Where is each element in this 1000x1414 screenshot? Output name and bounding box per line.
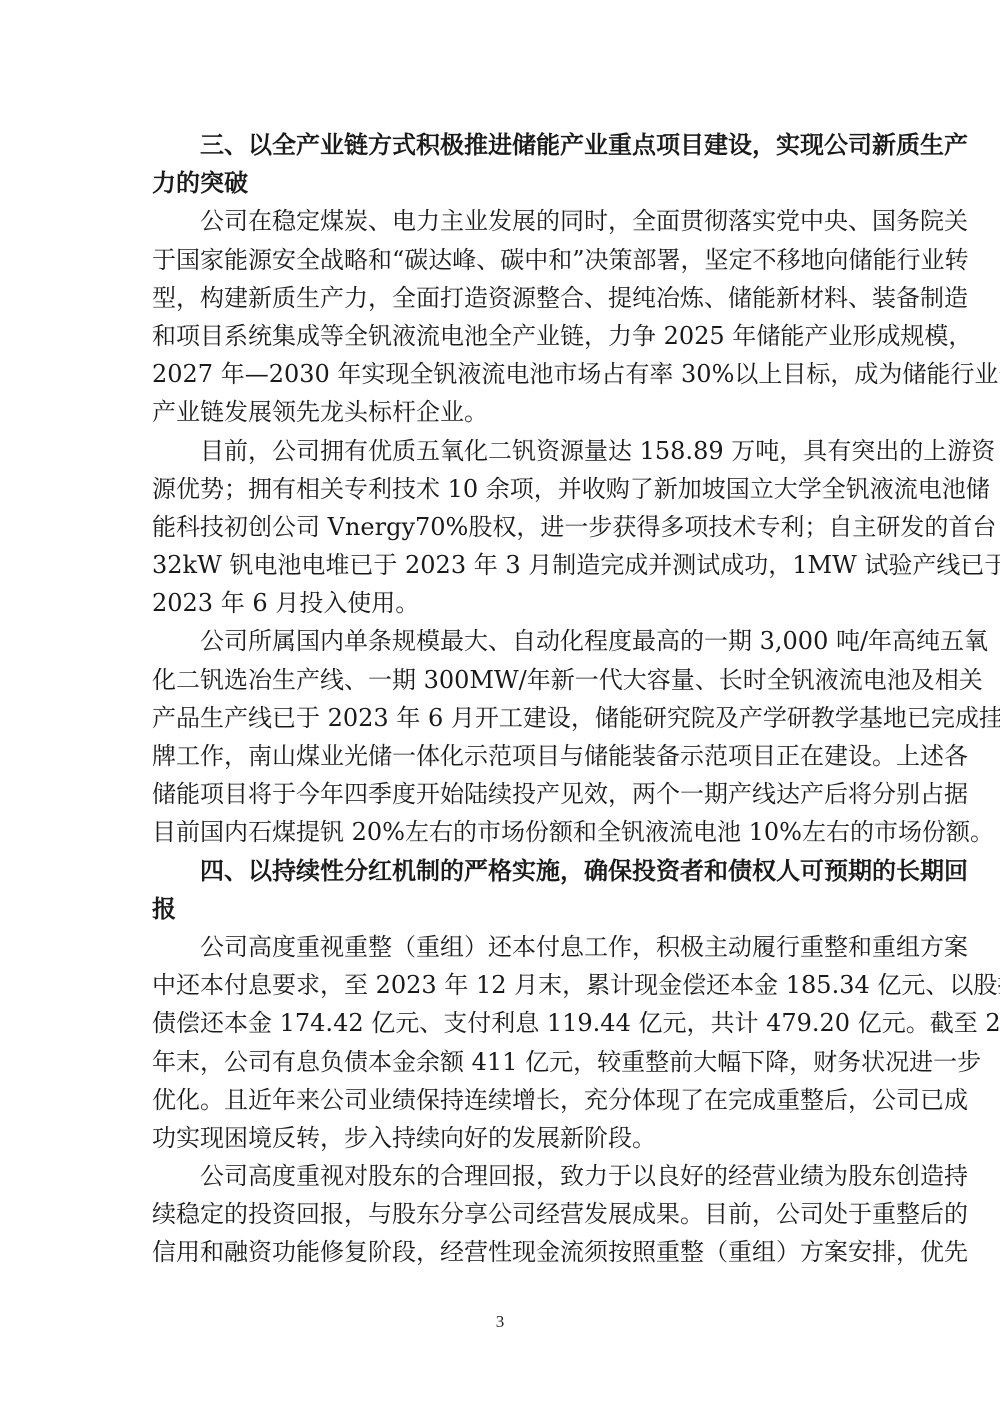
document-page: 三、以全产业链方式积极推进储能产业重点项目建设，实现公司新质生产 力的突破 公司… bbox=[152, 126, 850, 1272]
paragraph-production-lines: 公司所属国内单条规模最大、自动化程度最高的一期 3,000 吨/年高纯五氧 化二… bbox=[152, 622, 850, 851]
paragraph-line: 化二钒选冶生产线、一期 300MW/年新一代大容量、长时全钒液流电池及相关 bbox=[152, 661, 850, 699]
paragraph-resources: 目前，公司拥有优质五氧化二钒资源量达 158.89 万吨，具有突出的上游资 源优… bbox=[152, 432, 850, 623]
paragraph-line: 目前国内石煤提钒 20%左右的市场份额和全钒液流电池 10%左右的市场份额。 bbox=[152, 813, 850, 851]
heading-line: 报 bbox=[152, 890, 850, 928]
paragraph-line: 信用和融资功能修复阶段，经营性现金流须按照重整（重组）方案安排，优先 bbox=[152, 1233, 850, 1271]
paragraph-line: 功实现困境反转，步入持续向好的发展新阶段。 bbox=[152, 1119, 850, 1157]
page-number: 3 bbox=[0, 1312, 1000, 1332]
paragraph-line: 32kW 钒电池电堆已于 2023 年 3 月制造完成并测试成功，1MW 试验产… bbox=[152, 546, 850, 584]
paragraph-line: 2027 年—2030 年实现全钒液流电池市场占有率 30%以上目标，成为储能行… bbox=[152, 355, 850, 393]
heading-line: 三、以全产业链方式积极推进储能产业重点项目建设，实现公司新质生产 bbox=[152, 126, 850, 164]
paragraph-line: 储能项目将于今年四季度开始陆续投产见效，两个一期产线达产后将分别占据 bbox=[152, 775, 850, 813]
heading-line: 四、以持续性分红机制的严格实施，确保投资者和债权人可预期的长期回 bbox=[152, 852, 850, 890]
paragraph-line: 能科技初创公司 Vnergy70%股权，进一步获得多项技术专利；自主研发的首台 bbox=[152, 508, 850, 546]
paragraph-line: 公司所属国内单条规模最大、自动化程度最高的一期 3,000 吨/年高纯五氧 bbox=[152, 622, 850, 660]
paragraph-line: 年末，公司有息负债本金余额 411 亿元，较重整前大幅下降，财务状况进一步 bbox=[152, 1043, 850, 1081]
paragraph-line: 和项目系统集成等全钒液流电池全产业链，力争 2025 年储能产业形成规模， bbox=[152, 317, 850, 355]
paragraph-shareholder-returns: 公司高度重视对股东的合理回报，致力于以良好的经营业绩为股东创造持 续稳定的投资回… bbox=[152, 1157, 850, 1272]
paragraph-strategy: 公司在稳定煤炭、电力主业发展的同时，全面贯彻落实党中央、国务院关 于国家能源安全… bbox=[152, 202, 850, 431]
paragraph-line: 2023 年 6 月投入使用。 bbox=[152, 584, 850, 622]
paragraph-line: 目前，公司拥有优质五氧化二钒资源量达 158.89 万吨，具有突出的上游资 bbox=[152, 432, 850, 470]
heading-line: 力的突破 bbox=[152, 164, 850, 202]
paragraph-line: 公司高度重视重整（重组）还本付息工作，积极主动履行重整和重组方案 bbox=[152, 928, 850, 966]
paragraph-line: 牌工作，南山煤业光储一体化示范项目与储能装备示范项目正在建设。上述各 bbox=[152, 737, 850, 775]
paragraph-debt-repayment: 公司高度重视重整（重组）还本付息工作，积极主动履行重整和重组方案 中还本付息要求… bbox=[152, 928, 850, 1157]
paragraph-line: 产业链发展领先龙头标杆企业。 bbox=[152, 393, 850, 431]
paragraph-line: 债偿还本金 174.42 亿元、支付利息 119.44 亿元，共计 479.20… bbox=[152, 1004, 850, 1042]
paragraph-line: 优化。且近年来公司业绩保持连续增长，充分体现了在完成重整后，公司已成 bbox=[152, 1081, 850, 1119]
paragraph-line: 续稳定的投资回报，与股东分享公司经营发展成果。目前，公司处于重整后的 bbox=[152, 1195, 850, 1233]
paragraph-line: 公司高度重视对股东的合理回报，致力于以良好的经营业绩为股东创造持 bbox=[152, 1157, 850, 1195]
paragraph-line: 公司在稳定煤炭、电力主业发展的同时，全面贯彻落实党中央、国务院关 bbox=[152, 202, 850, 240]
paragraph-line: 型，构建新质生产力，全面打造资源整合、提纯冶炼、储能新材料、装备制造 bbox=[152, 279, 850, 317]
paragraph-line: 中还本付息要求，至 2023 年 12 月末，累计现金偿还本金 185.34 亿… bbox=[152, 966, 850, 1004]
paragraph-line: 产品生产线已于 2023 年 6 月开工建设，储能研究院及产学研教学基地已完成挂 bbox=[152, 699, 850, 737]
paragraph-line: 于国家能源安全战略和“碳达峰、碳中和”决策部署，坚定不移地向储能行业转 bbox=[152, 241, 850, 279]
paragraph-line: 源优势；拥有相关专利技术 10 余项，并收购了新加坡国立大学全钒液流电池储 bbox=[152, 470, 850, 508]
section-heading-3: 三、以全产业链方式积极推进储能产业重点项目建设，实现公司新质生产 力的突破 bbox=[152, 126, 850, 202]
section-heading-4: 四、以持续性分红机制的严格实施，确保投资者和债权人可预期的长期回 报 bbox=[152, 852, 850, 928]
